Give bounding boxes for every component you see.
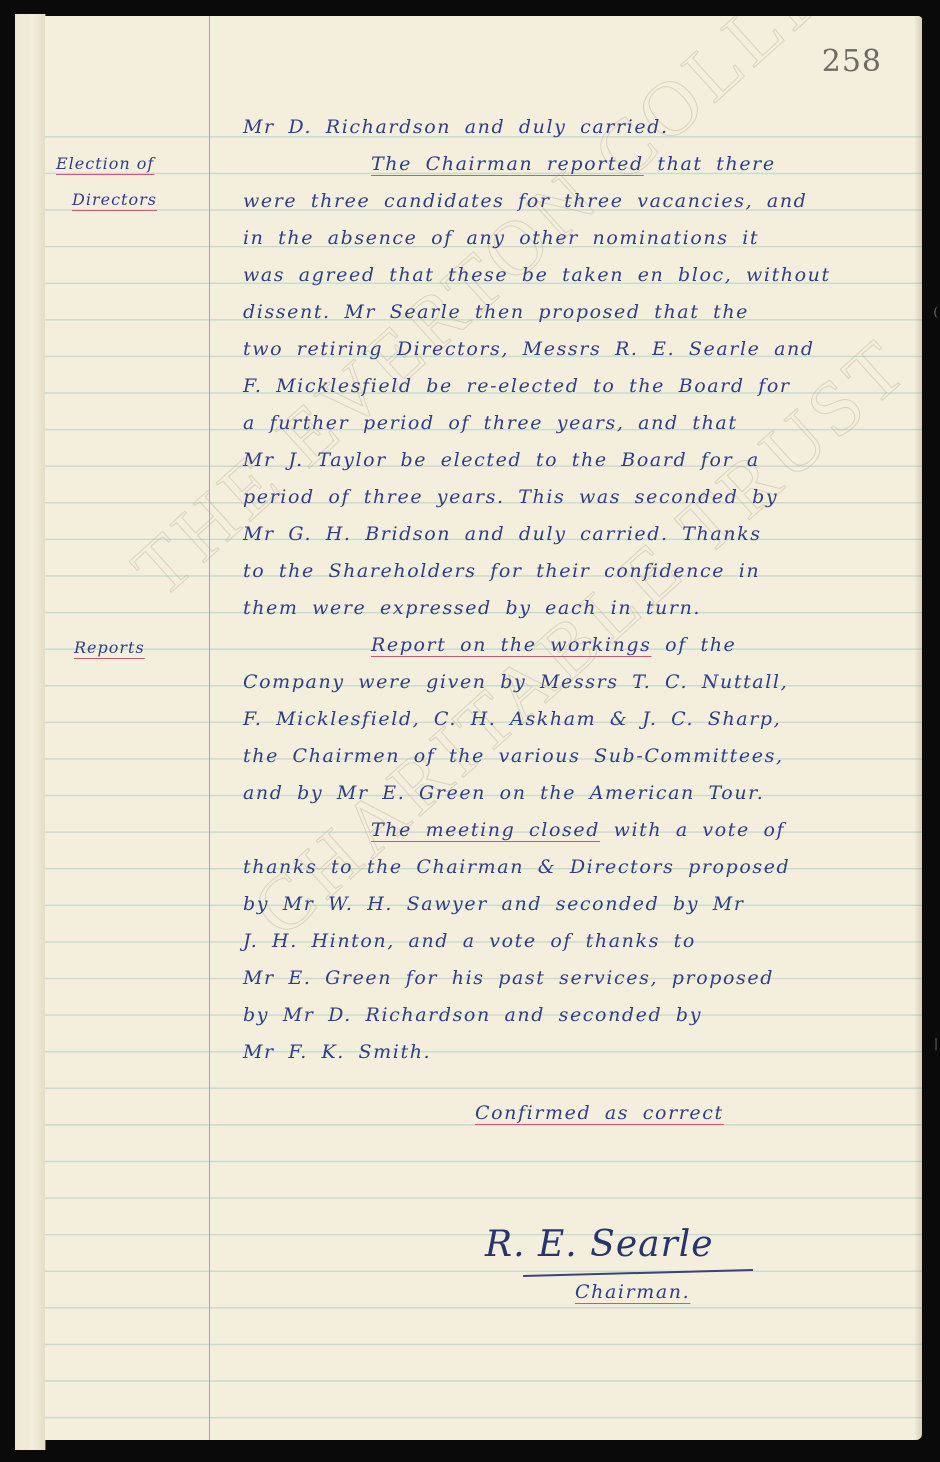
minute-line: dissent. Mr Searle then proposed that th…: [243, 301, 749, 323]
minute-line: J. H. Hinton, and a vote of thanks to: [243, 930, 696, 952]
minute-line: was agreed that these be taken en bloc, …: [243, 264, 831, 286]
minute-line: period of three years. This was seconded…: [243, 486, 778, 508]
confirmation-text: Confirmed as correct: [475, 1102, 724, 1124]
minute-line: F. Micklesfield, C. H. Askham & J. C. Sh…: [243, 708, 781, 730]
minute-line: to the Shareholders for their confidence…: [243, 560, 760, 582]
phrase-tail: of the: [652, 634, 737, 656]
marginal-note-directors: Directors: [72, 190, 157, 209]
marginal-note-election: Election of: [56, 154, 154, 173]
edge-mark: (: [933, 305, 938, 319]
minute-line: Mr F. K. Smith.: [243, 1041, 431, 1063]
page-number: 258: [822, 44, 882, 79]
book-binding-edge: [15, 14, 46, 1450]
minute-line: in the absence of any other nominations …: [243, 227, 759, 249]
edge-mark: |: [934, 1036, 938, 1050]
minute-line: Company were given by Messrs T. C. Nutta…: [243, 671, 788, 693]
marginal-note-reports: Reports: [74, 638, 145, 657]
margin-rule: [209, 16, 210, 1440]
minute-line: them were expressed by each in turn.: [243, 597, 701, 619]
underlined-phrase: The Chairman reported: [371, 153, 644, 175]
ledger-page: 258 THE EVERTON COLLECTION CHARITABLE TR…: [45, 16, 922, 1440]
underlined-phrase: The meeting closed: [371, 819, 600, 841]
minute-line: F. Micklesfield be re-elected to the Boa…: [243, 375, 791, 397]
minute-line: by Mr D. Richardson and seconded by: [243, 1004, 702, 1026]
minute-line: Mr J. Taylor be elected to the Board for…: [243, 449, 760, 471]
signatory-title: Chairman.: [575, 1281, 690, 1303]
phrase-tail: with a vote of: [600, 819, 785, 841]
minute-line: the Chairmen of the various Sub-Committe…: [243, 745, 784, 767]
minute-line: and by Mr E. Green on the American Tour.: [243, 782, 764, 804]
chairman-signature: R. E. Searle: [485, 1224, 714, 1265]
minute-line: by Mr W. H. Sawyer and seconded by Mr: [243, 893, 745, 915]
minute-line: The meeting closed with a vote of: [371, 819, 785, 841]
minute-line: The Chairman reported that there: [371, 153, 776, 175]
minute-line: Mr E. Green for his past services, propo…: [243, 967, 774, 989]
underlined-phrase: Report on the workings: [371, 634, 652, 656]
minute-line: a further period of three years, and tha…: [243, 412, 738, 434]
minute-line: Mr D. Richardson and duly carried.: [243, 116, 669, 138]
phrase-tail: that there: [644, 153, 776, 175]
minute-line: thanks to the Chairman & Directors propo…: [243, 856, 790, 878]
minute-line: were three candidates for three vacancie…: [243, 190, 807, 212]
minute-line: two retiring Directors, Messrs R. E. Sea…: [243, 338, 815, 360]
minute-line: Report on the workings of the: [371, 634, 736, 656]
minute-line: Mr G. H. Bridson and duly carried. Thank…: [243, 523, 762, 545]
